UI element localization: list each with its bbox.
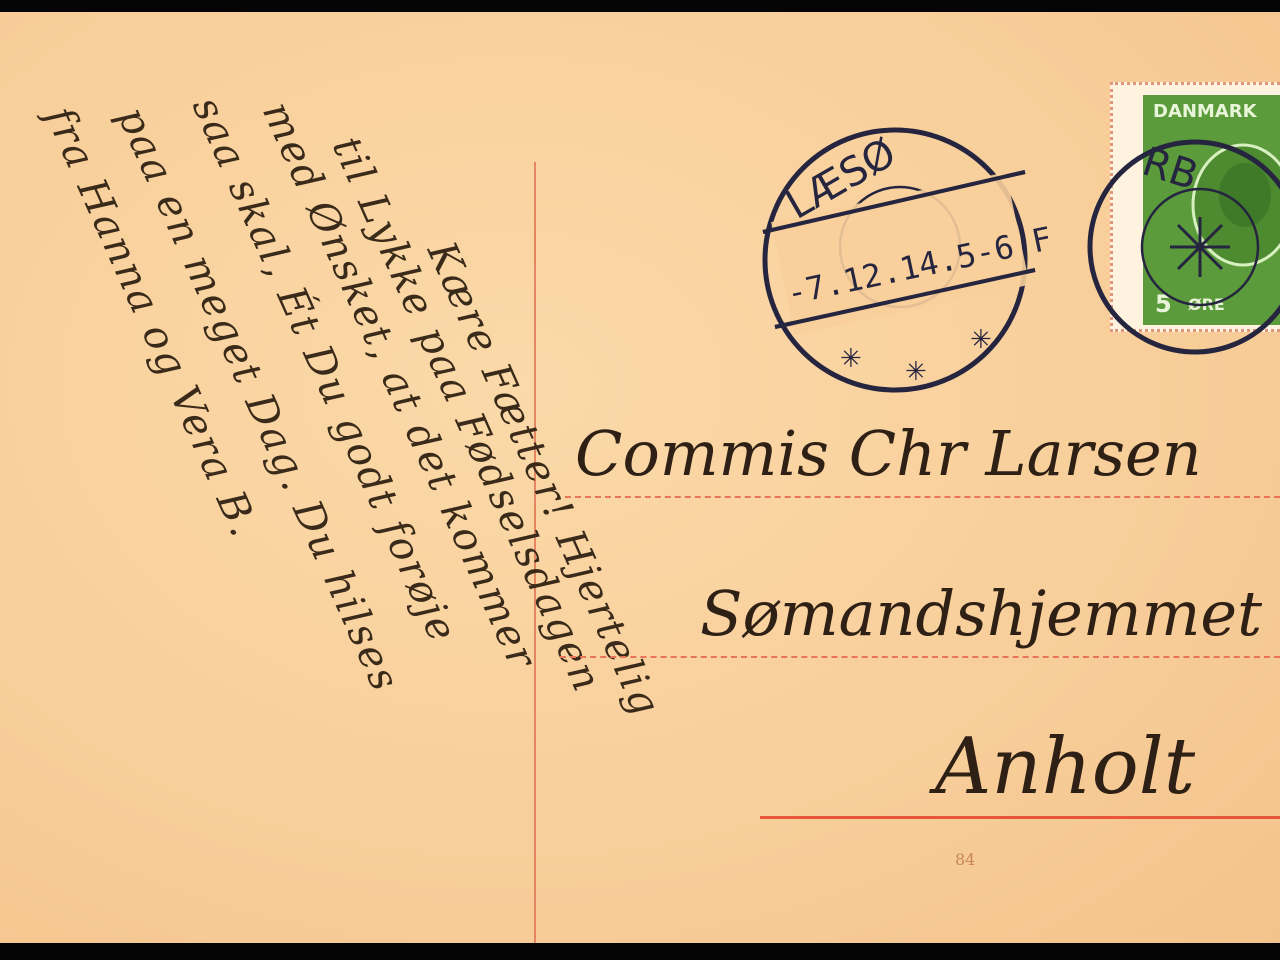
svg-text:✳: ✳ [970,325,992,355]
address-line-1-rule [565,496,1280,498]
laeso-postmark: LÆSØ -7.12.14.5-6 F ✳ ✳ ✳ [745,122,1055,412]
address-town: Anholt [935,722,1195,812]
second-postmark: RB [1080,122,1280,382]
top-frame-bar [0,0,1280,12]
address-line-3-rule [760,816,1280,819]
handwritten-message: Kære Fætter! Hjertelig til Lykke paa Fød… [20,40,520,940]
address-street: Sømandshjemmet [700,577,1262,650]
postcard: Kære Fætter! Hjertelig til Lykke paa Fød… [0,12,1280,943]
small-printed-mark: 84 [955,850,975,869]
svg-text:✳: ✳ [905,357,927,387]
svg-text:✳: ✳ [840,344,862,374]
address-line-2-rule [560,656,1280,658]
stamp-country: DANMARK [1153,101,1257,122]
address-name: Commis Chr Larsen [575,417,1202,490]
bottom-frame-bar [0,943,1280,960]
